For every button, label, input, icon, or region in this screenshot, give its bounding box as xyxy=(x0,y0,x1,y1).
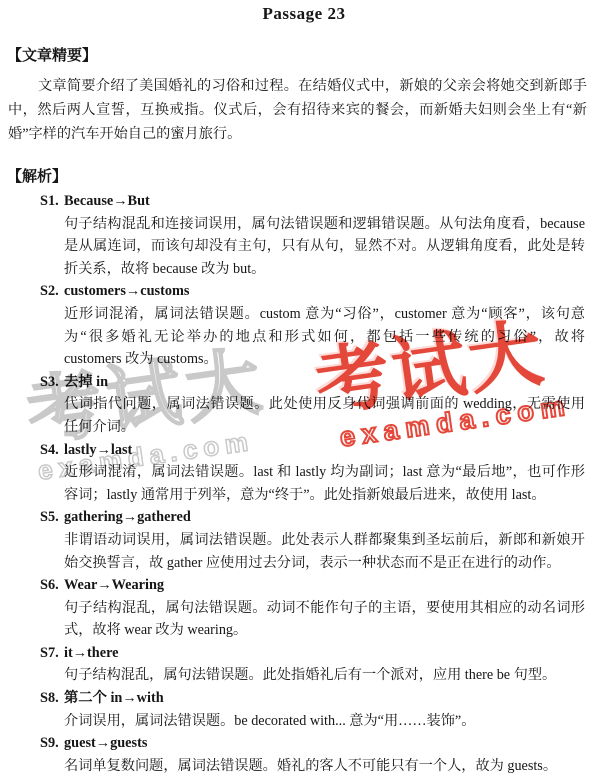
analysis-item: S9.guest→guests名词单复数问题，属词法错误题。婚礼的客人不可能只有… xyxy=(40,732,592,777)
item-explanation: 介词误用，属词法错误题。be decorated with... 意为“用……装… xyxy=(64,710,592,733)
analysis-item: S4.lastly→last近形词混淆，属词法错误题。last 和 lastly… xyxy=(40,439,592,507)
item-label: S9. xyxy=(40,732,64,755)
item-line: 容词；lastly 通常用于列举，意为“终于”。此处指新娘最后进来，故使用 la… xyxy=(64,484,585,507)
item-explanation: 句子结构混乱，属句法错误题。动词不能作句子的主语，要使用其相应的动名词形式，故将… xyxy=(64,597,592,642)
item-line: 任何介词。 xyxy=(64,416,585,439)
analysis-item: S3.去掉 in代词指代问题，属词法错误题。此处使用反身代词强调前面的 wedd… xyxy=(40,371,592,439)
item-explanation: 名词单复数问题，属词法错误题。婚礼的客人不可能只有一个人，故为 guests。 xyxy=(64,755,592,777)
item-explanation: 句子结构混乱和连接词误用，属句法错误题和逻辑错误题。从句法角度看，because… xyxy=(64,213,592,281)
item-label: S6. xyxy=(40,574,64,597)
item-heading: S7.it→there xyxy=(40,642,592,665)
item-explanation: 句子结构混乱，属句法错误题。此处指婚礼后有一个派对，应用 there be 句型… xyxy=(64,664,592,687)
item-line: 句子结构混乱，属句法错误题。此处指婚礼后有一个派对，应用 there be 句型… xyxy=(64,664,585,687)
analysis-items: S1.Because→But句子结构混乱和连接词误用，属句法错误题和逻辑错误题。… xyxy=(40,190,592,777)
summary-line: 中，然后两人宣誓，互换戒指。仪式后，会有招待来宾的餐会，而新婚夫妇则会坐上有“新 xyxy=(8,98,587,122)
item-heading: S5.gathering→gathered xyxy=(40,506,592,529)
analysis-item: S7.it→there句子结构混乱，属句法错误题。此处指婚礼后有一个派对，应用 … xyxy=(40,642,592,687)
item-line: 折关系，故将 because 改为 but。 xyxy=(64,258,585,281)
item-title: Wear→Wearing xyxy=(64,577,164,593)
item-line: 代词指代问题，属词法错误题。此处使用反身代词强调前面的 wedding，无需使用 xyxy=(64,393,585,416)
item-label: S7. xyxy=(40,642,64,665)
item-title: 去掉 in xyxy=(64,374,108,390)
item-heading: S9.guest→guests xyxy=(40,732,592,755)
item-explanation: 代词指代问题，属词法错误题。此处使用反身代词强调前面的 wedding，无需使用… xyxy=(64,393,592,438)
item-heading: S6.Wear→Wearing xyxy=(40,574,592,597)
item-line: 是从属连词，而该句却没有主句，只有从句，显然不对。从逻辑角度看，此处是转 xyxy=(64,235,585,258)
summary-line: 文章简要介绍了美国婚礼的习俗和过程。在结婚仪式中，新娘的父亲会将她交到新郎手 xyxy=(8,74,587,98)
analysis-item: S5.gathering→gathered非谓语动词误用，属词法错误题。此处表示… xyxy=(40,506,592,574)
item-title: lastly→last xyxy=(64,442,132,458)
page-title: Passage 23 xyxy=(0,3,608,25)
summary-section-heading: 【文章精要】 xyxy=(7,46,608,66)
item-line: 句子结构混乱，属句法错误题。动词不能作句子的主语，要使用其相应的动名词形 xyxy=(64,597,585,620)
item-explanation: 近形词混淆，属词法错误题。last 和 lastly 均为副词；last 意为“… xyxy=(64,461,592,506)
analysis-item: S1.Because→But句子结构混乱和连接词误用，属句法错误题和逻辑错误题。… xyxy=(40,190,592,280)
item-explanation: 非谓语动词误用，属词法错误题。此处表示人群都聚集到圣坛前后，新郎和新娘开始交换誓… xyxy=(64,529,592,574)
item-label: S3. xyxy=(40,371,64,394)
analysis-item: S2.customers→customs近形词混淆，属词法错误题。custom … xyxy=(40,280,592,370)
item-line: 为“很多婚礼无论举办的地点和形式如何，都包括一些传统的习俗”，故将 xyxy=(64,326,585,349)
analysis-item: S8.第二个 in→with介词误用，属词法错误题。be decorated w… xyxy=(40,687,592,732)
analysis-section-heading: 【解析】 xyxy=(7,167,608,187)
item-label: S4. xyxy=(40,439,64,462)
item-heading: S1.Because→But xyxy=(40,190,592,213)
item-title: gathering→gathered xyxy=(64,509,191,525)
item-title: customers→customs xyxy=(64,283,189,299)
item-line: 近形词混淆，属词法错误题。custom 意为“习俗”，customer 意为“顾… xyxy=(64,303,585,326)
item-label: S1. xyxy=(40,190,64,213)
summary-line: 婚”字样的汽车开始自己的蜜月旅行。 xyxy=(8,122,587,146)
item-line: 近形词混淆，属词法错误题。last 和 lastly 均为副词；last 意为“… xyxy=(64,461,585,484)
item-heading: S4.lastly→last xyxy=(40,439,592,462)
item-heading: S8.第二个 in→with xyxy=(40,687,592,710)
item-label: S5. xyxy=(40,506,64,529)
summary-paragraph: 文章简要介绍了美国婚礼的习俗和过程。在结婚仪式中，新娘的父亲会将她交到新郎手中，… xyxy=(8,74,594,146)
item-line: 名词单复数问题，属词法错误题。婚礼的客人不可能只有一个人，故为 guests。 xyxy=(64,755,585,777)
item-line: 介词误用，属词法错误题。be decorated with... 意为“用……装… xyxy=(64,710,585,733)
analysis-item: S6.Wear→Wearing句子结构混乱，属句法错误题。动词不能作句子的主语，… xyxy=(40,574,592,642)
item-heading: S2.customers→customs xyxy=(40,280,592,303)
item-title: guest→guests xyxy=(64,735,147,751)
item-line: 式，故将 wear 改为 wearing。 xyxy=(64,619,585,642)
document-page: Passage 23 【文章精要】 文章简要介绍了美国婚礼的习俗和过程。在结婚仪… xyxy=(0,0,608,777)
item-explanation: 近形词混淆，属词法错误题。custom 意为“习俗”，customer 意为“顾… xyxy=(64,303,592,371)
item-label: S8. xyxy=(40,687,64,710)
item-line: 句子结构混乱和连接词误用，属句法错误题和逻辑错误题。从句法角度看，because xyxy=(64,213,585,236)
item-title: it→there xyxy=(64,645,119,661)
item-label: S2. xyxy=(40,280,64,303)
item-line: 始交换誓言，故 gather 应使用过去分词，表示一种状态而不是正在进行的动作。 xyxy=(64,552,585,575)
item-heading: S3.去掉 in xyxy=(40,371,592,394)
item-line: customers 改为 customs。 xyxy=(64,348,585,371)
item-title: Because→But xyxy=(64,193,150,209)
item-title: 第二个 in→with xyxy=(64,690,164,706)
item-line: 非谓语动词误用，属词法错误题。此处表示人群都聚集到圣坛前后，新郎和新娘开 xyxy=(64,529,585,552)
